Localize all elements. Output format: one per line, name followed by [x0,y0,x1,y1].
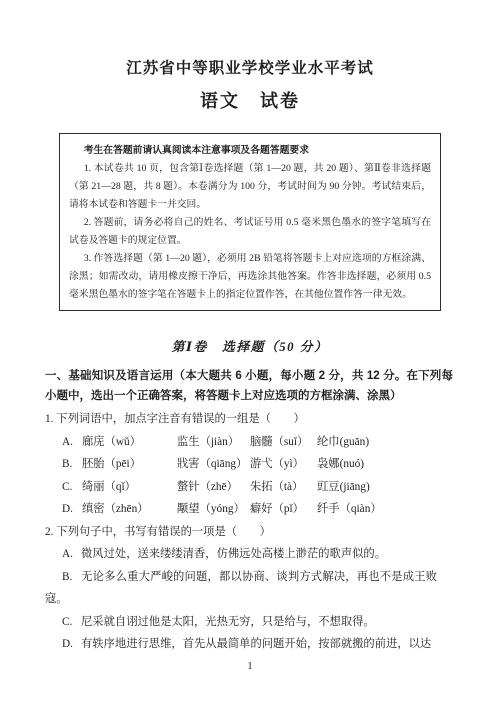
option-item: 游弋（yì） [250,453,317,476]
option-item: 胚胎（pēi） [82,453,177,476]
option-label: C. [62,476,82,499]
question-2-option-d: D.有轶序地进行思维，首先从最简单的问题开始，按部就搬的前进，以达 [45,633,437,656]
questions-block: 1. 下列词语中，加点字注音有错误的一组是（ ） A. 廊庑（wǔ） 监生（ji… [45,408,437,656]
option-item: 癖好（pǐ） [250,498,317,521]
part-heading: 一、基础知识及语言运用（本大题共 6 小题，每小题 2 分，共 12 分。在下列… [45,367,453,406]
notice-item-1: 1. 本试卷共 10 页，包含第Ⅰ卷选择题（第 1—20 题，共 20 题）、第… [69,160,431,214]
option-item: 廊庑（wǔ） [82,431,177,454]
option-item: 螫针（zhē） [177,476,250,499]
exam-notice-box: 考生在答题前请认真阅读本注意事项及各题答题要求 1. 本试卷共 10 页，包含第… [59,133,441,311]
option-item: 袅娜(nuó) [317,453,437,476]
question-1-option-a: A. 廊庑（wǔ） 监生（jiàn） 脑髓（suǐ） 纶巾(guān) [45,431,437,454]
exam-paper-page: 江苏省中等职业学校学业水平考试 语文 试卷 考生在答题前请认真阅读本注意事项及各… [0,0,500,707]
question-2-stem: 2. 下列句子中，书写有错误的一项是（ ） [45,521,437,544]
question-2-option-a: A.微风过处，送来缕缕清香，仿佛远处高楼上渺茫的歌声似的。 [45,543,437,566]
option-text: 有轶序地进行思维，首先从最简单的问题开始，按部就搬的前进，以达 [81,638,431,650]
option-label: B. [62,453,82,476]
option-item: 纶巾(guān) [317,431,437,454]
question-1-option-c: C. 绮丽（qǐ） 螫针（zhē） 朱拓（tà） 豇豆(jiāng) [45,476,437,499]
option-item: 监生（jiàn） [177,431,250,454]
option-label: C. [62,611,81,634]
question-2-option-c: C.尼采就自诩过他是太阳，光热无穷，只是给与，不想取得。 [45,611,437,634]
volume-title: 第Ⅰ卷 选择题（50 分） [0,337,500,357]
option-label: A. [62,431,82,454]
option-item: 颙望（yóng） [177,498,250,521]
page-number: 1 [0,658,500,676]
option-text: 微风过处，送来缕缕清香，仿佛远处高楼上渺茫的歌声似的。 [81,548,386,560]
option-item: 朱拓（tà） [250,476,317,499]
option-label: D. [62,498,82,521]
option-item: 脑髓（suǐ） [250,431,317,454]
option-item: 豇豆(jiāng) [317,476,437,499]
option-item: 纤手（qiàn） [317,498,437,521]
option-text: 尼采就自诩过他是太阳，光热无穷，只是给与，不想取得。 [81,616,375,628]
notice-header: 考生在答题前请认真阅读本注意事项及各题答题要求 [69,142,431,160]
option-item: 绮丽（qǐ） [82,476,177,499]
question-1-option-d: D. 缜密（zhēn） 颙望（yóng） 癖好（pǐ） 纤手（qiàn） [45,498,437,521]
option-item: 戕害（qiāng） [177,453,250,476]
question-1-stem: 1. 下列词语中，加点字注音有错误的一组是（ ） [45,408,437,431]
question-1-option-b: B. 胚胎（pēi） 戕害（qiāng） 游弋（yì） 袅娜(nuó) [45,453,437,476]
option-label: B. [62,566,81,589]
question-2-option-b: B.无论多么重大严峻的问题，都以协商、谈判方式解决，再也不是成王败寇。 [45,566,437,611]
paper-subtitle: 语文 试卷 [0,89,500,113]
option-text: 无论多么重大严峻的问题，都以协商、谈判方式解决，再也不是成王败寇。 [45,571,437,606]
option-label: A. [62,543,81,566]
notice-item-3: 3. 作答选择题（第 1—20 题），必须用 2B 铅笔将答题卡上对应选项的方框… [69,250,431,304]
notice-item-2: 2. 答题前，请务必将自己的姓名、考试证号用 0.5 毫米黑色墨水的签字笔填写在… [69,214,431,250]
option-label: D. [62,633,81,656]
page-title: 江苏省中等职业学校学业水平考试 [0,0,500,79]
option-item: 缜密（zhēn） [82,498,177,521]
